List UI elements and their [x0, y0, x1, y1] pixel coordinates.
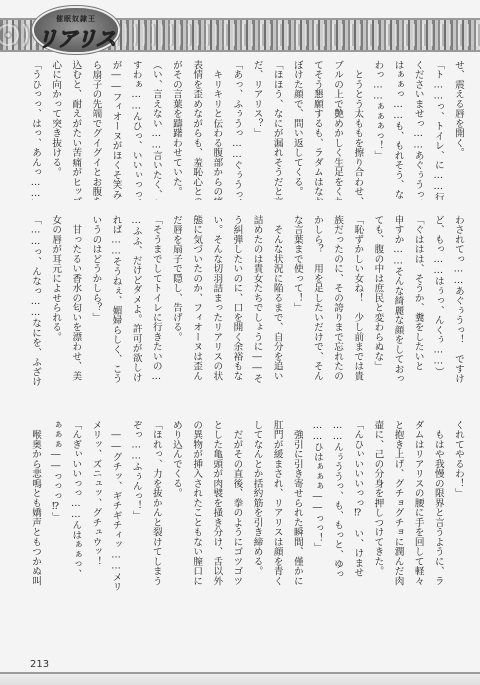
text-column: ダムはリアリスの腰に手を回して軽々: [409, 420, 428, 635]
text-column: ぼけた顔で、問い返してくる。: [288, 60, 307, 200]
text-column: 「……っ、んなっ……なにを、ふざけ: [26, 215, 45, 407]
book-page: 催眠奴隷王 リアリス せ、震える唇を開く。「ト……っ、トイレ、に……行かせて、く…: [0, 0, 480, 685]
text-column: ら扇子の先端でグイグイとお腹を押し: [86, 60, 105, 200]
text-column: だがその直後、拳のようにゴツゴツ: [227, 420, 246, 635]
series-logo: 催眠奴隷王 リアリス: [34, 8, 118, 52]
text-column: わされてっ……あぐぅうっ！ ですけ: [449, 215, 468, 407]
text-tier-top: せ、震える唇を開く。「ト……っ、トイレ、に……行かせて、くださいませっ……あぐぅ…: [26, 60, 468, 200]
text-column: 態に気づいたのか、フィオーヌは歪ん: [187, 215, 206, 407]
text-column: わっ……ぁぁぁっ！」: [368, 60, 387, 200]
text-column: 「ほほう、なにが漏れそうだと言うの: [268, 60, 287, 200]
text-column: ど、もっ……はぅっ、んくぅ……）: [429, 215, 448, 407]
text-column: れば……そうねぇ、媚婦らしく、こう: [107, 215, 126, 407]
text-column: ぞっ……ふぅんっ！」: [127, 420, 146, 635]
text-tier-middle: わされてっ……あぐぅうっ！ ですけど、もっ……はぅっ、んくぅ……）「ぐははは、そ…: [26, 215, 468, 407]
text-column: 心に向かって突き抜ける。: [46, 60, 65, 200]
footer-rule: [0, 672, 480, 685]
text-column: の異物が挿入されたこともない膣口に: [187, 420, 206, 635]
text-column: 族だったのに、その誇りまで忘れたの: [328, 215, 347, 407]
logo-title: リアリス: [34, 23, 118, 53]
text-column: だ唇を扇子で隠し、告げる。: [167, 215, 186, 407]
text-column: 「そうまでしてトイレに行きたいの…: [147, 215, 166, 407]
text-column: な言葉まで使って！」: [288, 215, 307, 407]
text-column: めり込んでくる。: [167, 420, 186, 635]
text-column: かしら？ 用を足したいだけで、そん: [308, 215, 327, 407]
text-column: 申すか……そんな綺麗な顔をしておっ: [389, 215, 408, 407]
text-column: 込むと、耐えがたい苦痛がヒップの中: [66, 60, 85, 200]
text-column: と抱き上げ、グチョグチョに潤んだ肉: [389, 420, 408, 635]
text-column: そんな状況に陥るまで、自分を追い: [268, 215, 287, 407]
text-column: …ふふ、だけどダメよ。許可が欲しけ: [127, 215, 146, 407]
text-column: 肛門が緩まされ、リアリスは顔を青く: [268, 420, 287, 635]
text-column: 「んひぃいいいっっ⁉ い、けませ: [348, 420, 367, 635]
text-column: 表情を歪めながらも、羞恥心との葛藤: [187, 60, 206, 200]
text-column: 強引に引き寄せられた瞬間、僅かに: [288, 420, 307, 635]
text-column: が――フィオーヌがほくそ笑みなが: [107, 60, 126, 200]
text-column: せ、震える唇を開く。: [449, 60, 468, 200]
text-column: とうとう太ももを擦り合わせ、テー: [348, 60, 367, 200]
text-column: してなんとか括約筋を引き締める。: [248, 420, 267, 635]
text-column: 壷に、己の分身を押しつけてきた。: [368, 420, 387, 635]
text-column: とした亀頭が肉襞を掻き分け、舌以外: [207, 420, 226, 635]
text-column: ても、腹の中は庶民と変わらぬな」: [368, 215, 387, 407]
page-number: 213: [30, 659, 49, 670]
text-column: ブルの上で艶めかしく生足をくねらせ: [328, 60, 347, 200]
text-column: すわぁ……んひっ、いいぃっっ！）: [127, 60, 146, 200]
text-column: だ、リアリス？」: [248, 60, 267, 200]
text-column: う糾弾したいのに、口を開く余裕もな: [227, 215, 246, 407]
text-column: がその言葉を躊躇わせていた。: [167, 60, 186, 200]
text-column: くれてやるわ！」: [449, 420, 468, 635]
text-column: ぁぁぁ――っっっ⁉」: [46, 420, 65, 635]
text-column: 「ほれっ、力を抜かんと裂けてしまう: [147, 420, 166, 635]
text-column: いうのはどうかしら？」: [86, 215, 105, 407]
text-column: ……ひはぁぁぁ――っっ！」: [308, 420, 327, 635]
text-column: 「ト……っ、トイレ、に……行かせて、: [429, 60, 448, 200]
text-column: てそう懇願するも、ラダムはなおもと: [308, 60, 327, 200]
text-column: くださいませっ……あぐぅうっ、んっ、: [409, 60, 428, 200]
text-tier-bottom: くれてやるわ！」 もはや我慢の限界と言うように、ラダムはリアリスの腰に手を回して…: [26, 420, 468, 635]
text-column: はぁぁっ……も、もれそう、なのです: [389, 60, 408, 200]
text-column: （い、言えない……言いたく、ないで: [147, 60, 166, 200]
text-column: 「あっ、ふぅうっ……ぐぅうっ！」: [227, 60, 246, 200]
text-column: ……んぅううっ、も、もっと、ゆっ: [328, 420, 347, 635]
text-column: ――グチッ、ギチギチィッ……メリ: [107, 420, 126, 635]
text-column: い。そんな切羽詰まったリアリスの状: [207, 215, 226, 407]
text-column: 女の唇が耳元によせられる。: [46, 215, 65, 407]
text-column: メリッ、ズニュッ、グチュウッ！: [86, 420, 105, 635]
text-column: 喉奥から悲鳴とも嬌声ともつかぬ叫: [26, 420, 45, 635]
text-column: 「うひっっ、はっ、あんっ……」: [26, 60, 45, 200]
text-column: 詰めたのは貴女たちでしょうに――そ: [248, 215, 267, 407]
text-column: 「んぎぃいいっっ……んはぁぁっ、: [66, 420, 85, 635]
text-column: 「恥ずかしい女ね！ 少し前までは貴: [348, 215, 367, 407]
text-column: もはや我慢の限界と言うように、ラ: [429, 420, 448, 635]
text-column: 甘ったるい香水の匂いを漂わせ、美: [66, 215, 85, 407]
text-column: キリキリと伝わる腹部からの痛みに: [207, 60, 226, 200]
text-column: 「ぐははは、そうか、糞をしたいと: [409, 215, 428, 407]
